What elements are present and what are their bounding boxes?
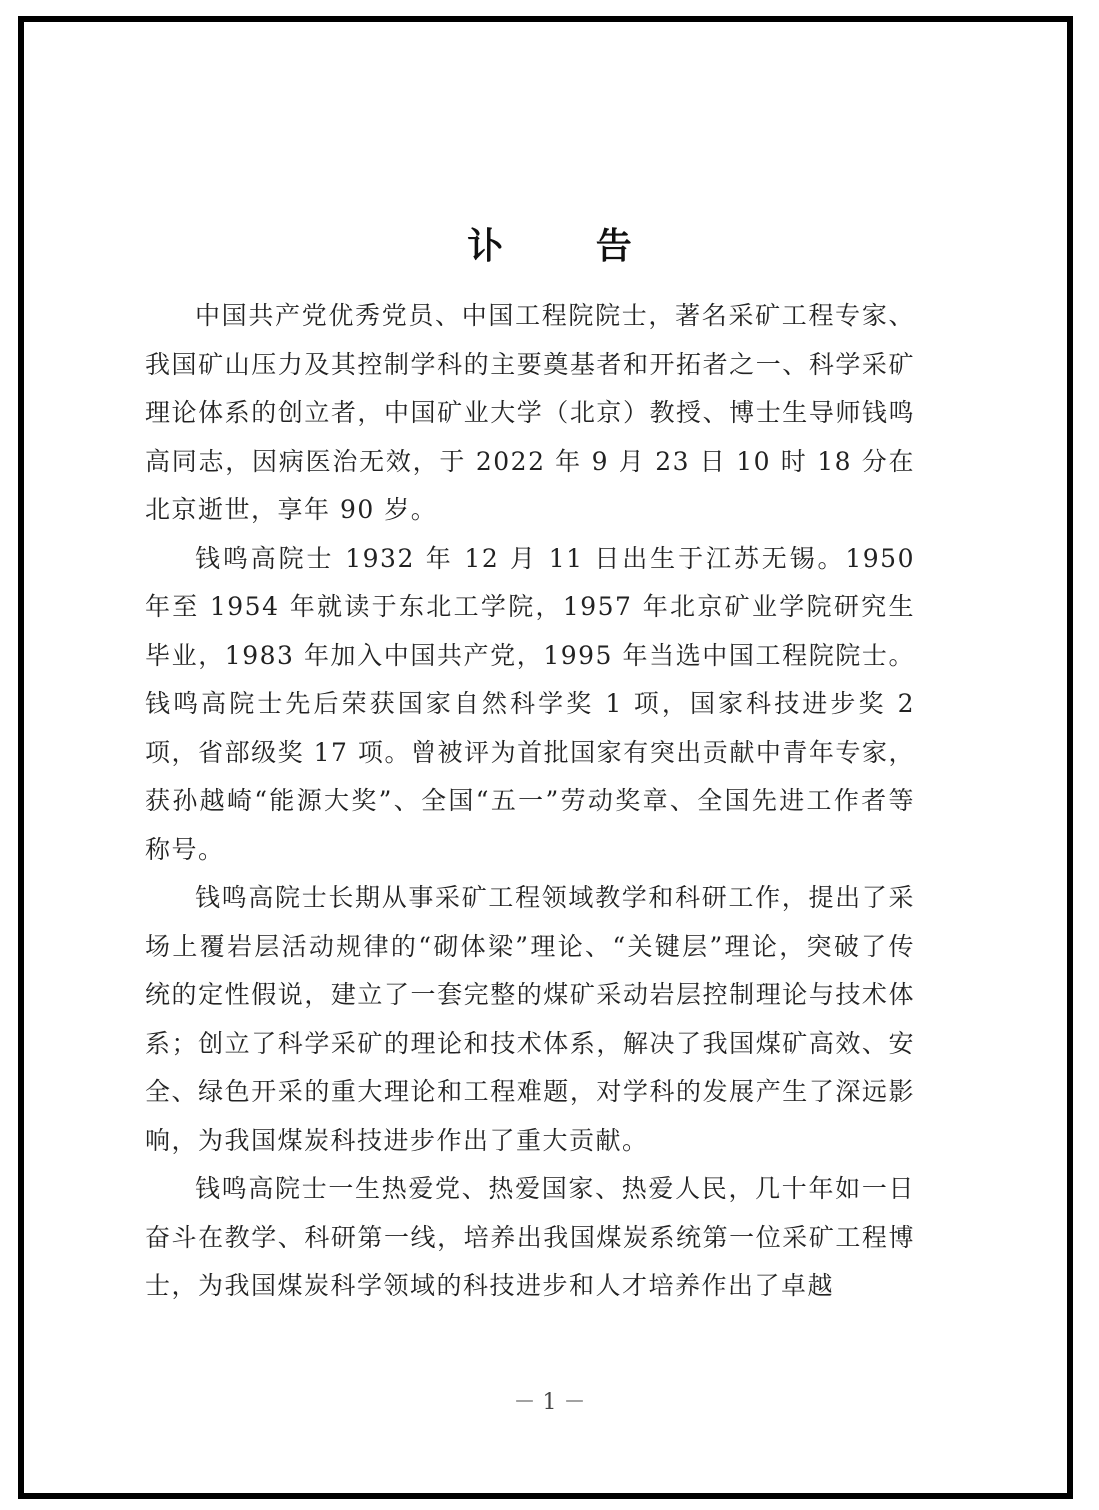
paragraph-1: 中国共产党优秀党员、中国工程院院士，著名采矿工程专家、我国矿山压力及其控制学科的… <box>145 292 915 535</box>
document-body: 中国共产党优秀党员、中国工程院院士，著名采矿工程专家、我国矿山压力及其控制学科的… <box>145 292 915 1311</box>
paragraph-2: 钱鸣高院士 1932 年 12 月 11 日出生于江苏无锡。1950 年至 19… <box>145 535 915 875</box>
page-number: － 1 － <box>0 1385 1099 1416</box>
paragraph-3: 钱鸣高院士长期从事采矿工程领域教学和科研工作，提出了采场上覆岩层活动规律的“砌体… <box>145 874 915 1165</box>
paragraph-4: 钱鸣高院士一生热爱党、热爱国家、热爱人民，几十年如一日奋斗在教学、科研第一线，培… <box>145 1165 915 1311</box>
document-title: 讣 告 <box>0 218 1099 269</box>
